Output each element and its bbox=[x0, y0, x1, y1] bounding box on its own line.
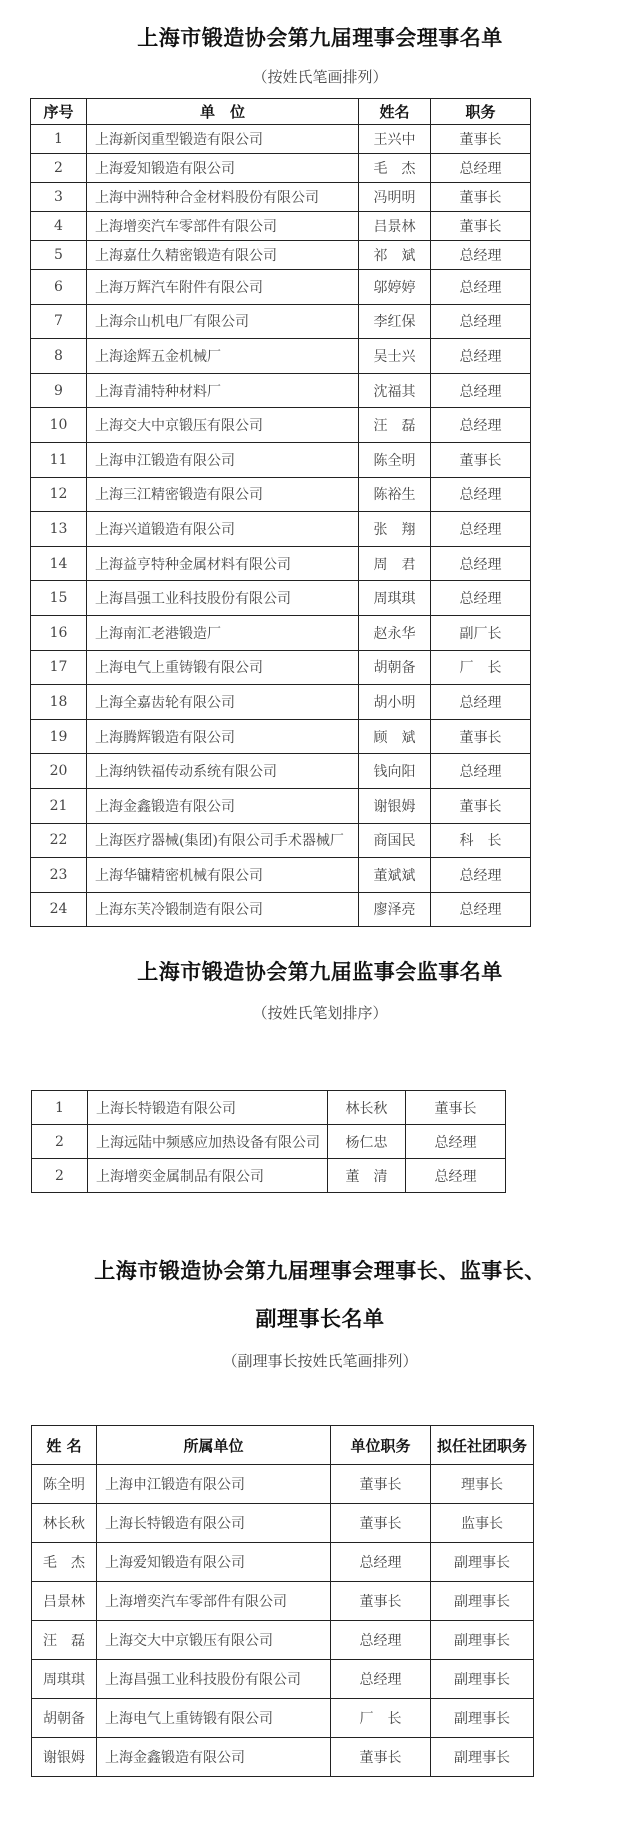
person-name: 赵永华 bbox=[359, 615, 431, 650]
row-number: 9 bbox=[31, 373, 87, 408]
row-number: 18 bbox=[31, 685, 87, 720]
table-row: 21上海金鑫锻造有限公司谢银姆董事长 bbox=[31, 788, 531, 823]
position: 董事长 bbox=[431, 212, 531, 241]
position: 总经理 bbox=[406, 1125, 506, 1159]
person-name: 董 清 bbox=[328, 1159, 406, 1193]
leaders-title-line2: 副理事长名单 bbox=[0, 1303, 640, 1333]
unit-position: 厂 长 bbox=[331, 1699, 431, 1738]
table-row: 林长秋上海长特锻造有限公司董事长监事长 bbox=[32, 1504, 534, 1543]
row-number: 23 bbox=[31, 858, 87, 893]
person-name: 胡朝备 bbox=[359, 650, 431, 685]
unit-name: 上海交大中京锻压有限公司 bbox=[97, 1621, 331, 1660]
header-no: 序号 bbox=[31, 99, 87, 125]
leaders-table: 姓 名 所属单位 单位职务 拟任社团职务 陈全明上海申江锻造有限公司董事长理事长… bbox=[31, 1425, 534, 1777]
person-name: 胡小明 bbox=[359, 685, 431, 720]
person-name: 张 翔 bbox=[359, 512, 431, 547]
row-number: 24 bbox=[31, 892, 87, 927]
row-number: 2 bbox=[31, 154, 87, 183]
unit-name: 上海东芙冷锻制造有限公司 bbox=[87, 892, 359, 927]
position: 董事长 bbox=[431, 442, 531, 477]
assoc-position: 监事长 bbox=[431, 1504, 534, 1543]
assoc-position: 副理事长 bbox=[431, 1699, 534, 1738]
person-name: 祁 斌 bbox=[359, 241, 431, 270]
person-name: 商国民 bbox=[359, 823, 431, 858]
unit-name: 上海昌强工业科技股份有限公司 bbox=[87, 581, 359, 616]
position: 总经理 bbox=[406, 1159, 506, 1193]
table-row: 谢银姆上海金鑫锻造有限公司董事长副理事长 bbox=[32, 1738, 534, 1777]
unit-name: 上海增奕汽车零部件有限公司 bbox=[87, 212, 359, 241]
table-row: 吕景林上海增奕汽车零部件有限公司董事长副理事长 bbox=[32, 1582, 534, 1621]
row-number: 4 bbox=[31, 212, 87, 241]
assoc-position: 理事长 bbox=[431, 1465, 534, 1504]
table-header-row: 序号 单 位 姓名 职务 bbox=[31, 99, 531, 125]
position: 总经理 bbox=[431, 546, 531, 581]
row-number: 6 bbox=[31, 270, 87, 305]
table-row: 18上海全嘉齿轮有限公司胡小明总经理 bbox=[31, 685, 531, 720]
header-name: 姓名 bbox=[359, 99, 431, 125]
council-members-title: 上海市锻造协会第九届理事会理事名单 bbox=[0, 22, 640, 52]
council-members-subtitle: （按姓氏笔画排列） bbox=[0, 66, 640, 87]
unit-name: 上海嘉仕久精密锻造有限公司 bbox=[87, 241, 359, 270]
person-name: 林长秋 bbox=[328, 1091, 406, 1125]
table-row: 4上海增奕汽车零部件有限公司吕景林董事长 bbox=[31, 212, 531, 241]
table-row: 1上海长特锻造有限公司林长秋董事长 bbox=[32, 1091, 506, 1125]
unit-name: 上海新闵重型锻造有限公司 bbox=[87, 125, 359, 154]
unit-position: 董事长 bbox=[331, 1504, 431, 1543]
row-number: 20 bbox=[31, 754, 87, 789]
unit-name: 上海纳铁福传动系统有限公司 bbox=[87, 754, 359, 789]
table-row: 2上海远陆中频感应加热设备有限公司杨仁忠总经理 bbox=[32, 1125, 506, 1159]
unit-name: 上海金鑫锻造有限公司 bbox=[87, 788, 359, 823]
unit-name: 上海兴道锻造有限公司 bbox=[87, 512, 359, 547]
unit-position: 总经理 bbox=[331, 1543, 431, 1582]
position: 总经理 bbox=[431, 304, 531, 339]
unit-name: 上海青浦特种材料厂 bbox=[87, 373, 359, 408]
person-name: 汪 磊 bbox=[359, 408, 431, 443]
row-number: 11 bbox=[31, 442, 87, 477]
unit-name: 上海华镛精密机械有限公司 bbox=[87, 858, 359, 893]
supervisors-title: 上海市锻造协会第九届监事会监事名单 bbox=[0, 956, 640, 986]
row-number: 14 bbox=[31, 546, 87, 581]
unit-name: 上海腾辉锻造有限公司 bbox=[87, 719, 359, 754]
unit-name: 上海中洲特种合金材料股份有限公司 bbox=[87, 183, 359, 212]
council-members-table: 序号 单 位 姓名 职务 1上海新闵重型锻造有限公司王兴中董事长2上海爱知锻造有… bbox=[30, 98, 531, 927]
person-name: 胡朝备 bbox=[32, 1699, 97, 1738]
unit-position: 董事长 bbox=[331, 1738, 431, 1777]
row-number: 16 bbox=[31, 615, 87, 650]
person-name: 吴士兴 bbox=[359, 339, 431, 374]
unit-name: 上海佘山机电厂有限公司 bbox=[87, 304, 359, 339]
position: 总经理 bbox=[431, 154, 531, 183]
row-number: 21 bbox=[31, 788, 87, 823]
person-name: 李红保 bbox=[359, 304, 431, 339]
table-row: 陈全明上海申江锻造有限公司董事长理事长 bbox=[32, 1465, 534, 1504]
assoc-position: 副理事长 bbox=[431, 1621, 534, 1660]
row-number: 1 bbox=[32, 1091, 88, 1125]
position: 董事长 bbox=[406, 1091, 506, 1125]
position: 总经理 bbox=[431, 339, 531, 374]
unit-position: 董事长 bbox=[331, 1582, 431, 1621]
person-name: 周琪琪 bbox=[359, 581, 431, 616]
person-name: 钱向阳 bbox=[359, 754, 431, 789]
person-name: 谢银姆 bbox=[32, 1738, 97, 1777]
row-number: 1 bbox=[31, 125, 87, 154]
person-name: 周 君 bbox=[359, 546, 431, 581]
row-number: 7 bbox=[31, 304, 87, 339]
supervisors-subtitle: （按姓氏笔划排序） bbox=[0, 1002, 640, 1023]
table-row: 15上海昌强工业科技股份有限公司周琪琪总经理 bbox=[31, 581, 531, 616]
table-row: 1上海新闵重型锻造有限公司王兴中董事长 bbox=[31, 125, 531, 154]
position: 总经理 bbox=[431, 685, 531, 720]
unit-name: 上海申江锻造有限公司 bbox=[87, 442, 359, 477]
assoc-position: 副理事长 bbox=[431, 1738, 534, 1777]
supervisors-table: 1上海长特锻造有限公司林长秋董事长2上海远陆中频感应加热设备有限公司杨仁忠总经理… bbox=[31, 1090, 506, 1193]
person-name: 陈全明 bbox=[359, 442, 431, 477]
row-number: 3 bbox=[31, 183, 87, 212]
header-name: 姓 名 bbox=[32, 1426, 97, 1465]
table-row: 8上海途辉五金机械厂吴士兴总经理 bbox=[31, 339, 531, 374]
position: 总经理 bbox=[431, 512, 531, 547]
position: 厂 长 bbox=[431, 650, 531, 685]
table-row: 19上海腾辉锻造有限公司顾 斌董事长 bbox=[31, 719, 531, 754]
row-number: 17 bbox=[31, 650, 87, 685]
row-number: 15 bbox=[31, 581, 87, 616]
person-name: 邬婷婷 bbox=[359, 270, 431, 305]
position: 总经理 bbox=[431, 754, 531, 789]
unit-name: 上海远陆中频感应加热设备有限公司 bbox=[88, 1125, 328, 1159]
table-row: 2上海增奕金属制品有限公司董 清总经理 bbox=[32, 1159, 506, 1193]
person-name: 吕景林 bbox=[32, 1582, 97, 1621]
table-row: 23上海华镛精密机械有限公司董斌斌总经理 bbox=[31, 858, 531, 893]
unit-name: 上海增奕汽车零部件有限公司 bbox=[97, 1582, 331, 1621]
row-number: 12 bbox=[31, 477, 87, 512]
row-number: 19 bbox=[31, 719, 87, 754]
person-name: 毛 杰 bbox=[32, 1543, 97, 1582]
table-row: 20上海纳铁福传动系统有限公司钱向阳总经理 bbox=[31, 754, 531, 789]
unit-name: 上海爱知锻造有限公司 bbox=[87, 154, 359, 183]
table-row: 胡朝备上海电气上重铸锻有限公司厂 长副理事长 bbox=[32, 1699, 534, 1738]
unit-position: 总经理 bbox=[331, 1621, 431, 1660]
unit-position: 董事长 bbox=[331, 1465, 431, 1504]
unit-name: 上海电气上重铸锻有限公司 bbox=[87, 650, 359, 685]
assoc-position: 副理事长 bbox=[431, 1660, 534, 1699]
unit-name: 上海三江精密锻造有限公司 bbox=[87, 477, 359, 512]
table-row: 13上海兴道锻造有限公司张 翔总经理 bbox=[31, 512, 531, 547]
position: 总经理 bbox=[431, 408, 531, 443]
unit-name: 上海增奕金属制品有限公司 bbox=[88, 1159, 328, 1193]
position: 董事长 bbox=[431, 788, 531, 823]
table-header-row: 姓 名 所属单位 单位职务 拟任社团职务 bbox=[32, 1426, 534, 1465]
unit-name: 上海全嘉齿轮有限公司 bbox=[87, 685, 359, 720]
unit-name: 上海医疗器械(集团)有限公司手术器械厂 bbox=[87, 823, 359, 858]
row-number: 2 bbox=[32, 1159, 88, 1193]
assoc-position: 副理事长 bbox=[431, 1543, 534, 1582]
unit-name: 上海金鑫锻造有限公司 bbox=[97, 1738, 331, 1777]
table-row: 16上海南汇老港锻造厂赵永华副厂长 bbox=[31, 615, 531, 650]
person-name: 陈裕生 bbox=[359, 477, 431, 512]
header-unit: 单 位 bbox=[87, 99, 359, 125]
person-name: 顾 斌 bbox=[359, 719, 431, 754]
unit-name: 上海昌强工业科技股份有限公司 bbox=[97, 1660, 331, 1699]
position: 总经理 bbox=[431, 477, 531, 512]
person-name: 周琪琪 bbox=[32, 1660, 97, 1699]
unit-name: 上海长特锻造有限公司 bbox=[88, 1091, 328, 1125]
table-row: 14上海益亨特种金属材料有限公司周 君总经理 bbox=[31, 546, 531, 581]
unit-name: 上海长特锻造有限公司 bbox=[97, 1504, 331, 1543]
position: 副厂长 bbox=[431, 615, 531, 650]
person-name: 谢银姆 bbox=[359, 788, 431, 823]
position: 董事长 bbox=[431, 125, 531, 154]
position: 总经理 bbox=[431, 892, 531, 927]
person-name: 毛 杰 bbox=[359, 154, 431, 183]
person-name: 王兴中 bbox=[359, 125, 431, 154]
position: 总经理 bbox=[431, 858, 531, 893]
table-row: 10上海交大中京锻压有限公司汪 磊总经理 bbox=[31, 408, 531, 443]
header-position: 职务 bbox=[431, 99, 531, 125]
unit-name: 上海益亨特种金属材料有限公司 bbox=[87, 546, 359, 581]
position: 董事长 bbox=[431, 719, 531, 754]
unit-name: 上海爱知锻造有限公司 bbox=[97, 1543, 331, 1582]
table-row: 汪 磊上海交大中京锻压有限公司总经理副理事长 bbox=[32, 1621, 534, 1660]
assoc-position: 副理事长 bbox=[431, 1582, 534, 1621]
header-assoc-position: 拟任社团职务 bbox=[431, 1426, 534, 1465]
position: 总经理 bbox=[431, 270, 531, 305]
person-name: 董斌斌 bbox=[359, 858, 431, 893]
table-row: 9上海青浦特种材料厂沈福其总经理 bbox=[31, 373, 531, 408]
unit-position: 总经理 bbox=[331, 1660, 431, 1699]
table-row: 6上海万辉汽车附件有限公司邬婷婷总经理 bbox=[31, 270, 531, 305]
position: 总经理 bbox=[431, 373, 531, 408]
header-unit: 所属单位 bbox=[97, 1426, 331, 1465]
row-number: 2 bbox=[32, 1125, 88, 1159]
row-number: 13 bbox=[31, 512, 87, 547]
unit-name: 上海南汇老港锻造厂 bbox=[87, 615, 359, 650]
position: 董事长 bbox=[431, 183, 531, 212]
person-name: 陈全明 bbox=[32, 1465, 97, 1504]
position: 总经理 bbox=[431, 581, 531, 616]
position: 科 长 bbox=[431, 823, 531, 858]
row-number: 5 bbox=[31, 241, 87, 270]
row-number: 8 bbox=[31, 339, 87, 374]
table-row: 11上海申江锻造有限公司陈全明董事长 bbox=[31, 442, 531, 477]
table-row: 7上海佘山机电厂有限公司李红保总经理 bbox=[31, 304, 531, 339]
unit-name: 上海申江锻造有限公司 bbox=[97, 1465, 331, 1504]
unit-name: 上海万辉汽车附件有限公司 bbox=[87, 270, 359, 305]
person-name: 吕景林 bbox=[359, 212, 431, 241]
row-number: 10 bbox=[31, 408, 87, 443]
person-name: 冯明明 bbox=[359, 183, 431, 212]
person-name: 杨仁忠 bbox=[328, 1125, 406, 1159]
table-row: 2上海爱知锻造有限公司毛 杰总经理 bbox=[31, 154, 531, 183]
header-unit-position: 单位职务 bbox=[331, 1426, 431, 1465]
position: 总经理 bbox=[431, 241, 531, 270]
unit-name: 上海交大中京锻压有限公司 bbox=[87, 408, 359, 443]
table-row: 5上海嘉仕久精密锻造有限公司祁 斌总经理 bbox=[31, 241, 531, 270]
row-number: 22 bbox=[31, 823, 87, 858]
person-name: 汪 磊 bbox=[32, 1621, 97, 1660]
table-row: 毛 杰上海爱知锻造有限公司总经理副理事长 bbox=[32, 1543, 534, 1582]
person-name: 林长秋 bbox=[32, 1504, 97, 1543]
unit-name: 上海电气上重铸锻有限公司 bbox=[97, 1699, 331, 1738]
leaders-subtitle: （副理事长按姓氏笔画排列） bbox=[0, 1350, 640, 1371]
table-row: 12上海三江精密锻造有限公司陈裕生总经理 bbox=[31, 477, 531, 512]
unit-name: 上海途辉五金机械厂 bbox=[87, 339, 359, 374]
table-row: 22上海医疗器械(集团)有限公司手术器械厂商国民科 长 bbox=[31, 823, 531, 858]
leaders-title-line1: 上海市锻造协会第九届理事会理事长、监事长、 bbox=[0, 1255, 640, 1285]
table-row: 17上海电气上重铸锻有限公司胡朝备厂 长 bbox=[31, 650, 531, 685]
person-name: 沈福其 bbox=[359, 373, 431, 408]
table-row: 24上海东芙冷锻制造有限公司廖泽亮总经理 bbox=[31, 892, 531, 927]
table-row: 3上海中洲特种合金材料股份有限公司冯明明董事长 bbox=[31, 183, 531, 212]
table-row: 周琪琪上海昌强工业科技股份有限公司总经理副理事长 bbox=[32, 1660, 534, 1699]
person-name: 廖泽亮 bbox=[359, 892, 431, 927]
